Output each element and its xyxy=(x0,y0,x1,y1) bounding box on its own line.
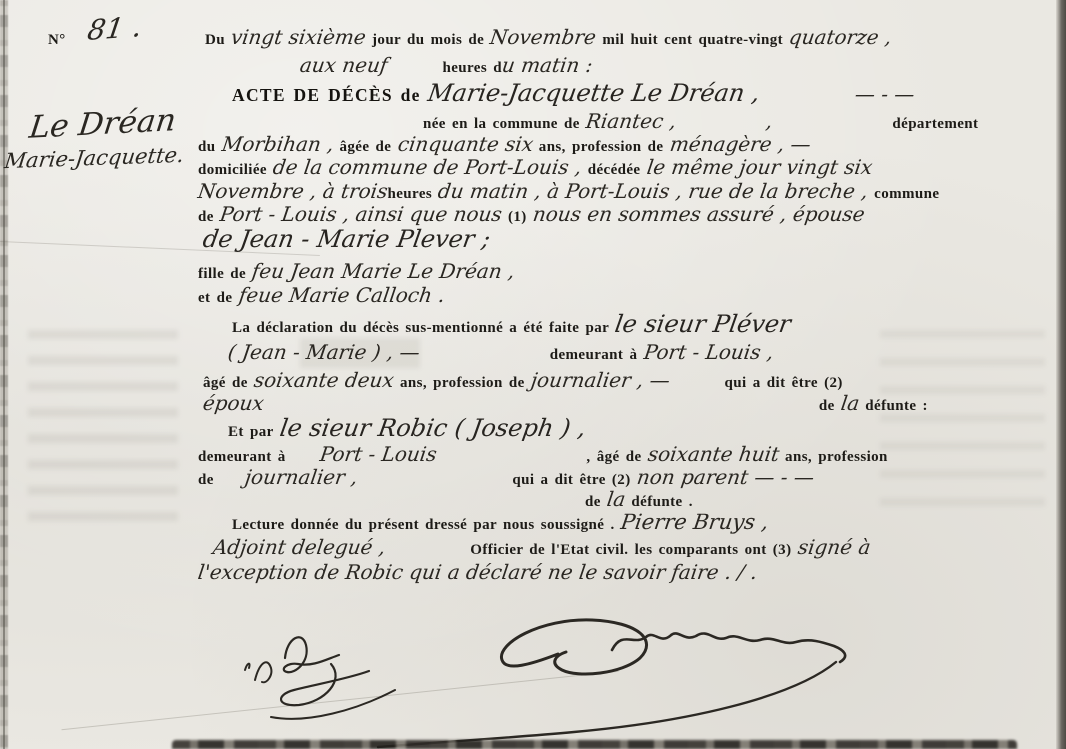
handwritten-text: Port - Louis , ainsi que nous xyxy=(218,203,503,226)
printed-text: et de xyxy=(198,290,239,306)
document-line: La déclaration du décès sus-mentionné a … xyxy=(232,311,791,339)
printed-text: qui a dit être (2) xyxy=(725,375,843,391)
printed-text: de xyxy=(585,494,607,510)
printed-text: mil huit cent quatre-vingt xyxy=(596,32,789,48)
handwritten-text: Port - Louis xyxy=(318,443,438,466)
printed-text: Du xyxy=(205,32,231,48)
printed-text: qui a dit être (2) xyxy=(512,472,636,488)
document-line: fille de feu Jean Marie Le Dréan , xyxy=(198,260,515,283)
printed-text: âgé de xyxy=(203,375,254,391)
document-line: de Port - Louis , ainsi que nous (1) nou… xyxy=(198,203,864,226)
handwritten-text: Adjoint delegué , xyxy=(211,536,386,559)
handwritten-text: soixante deux xyxy=(252,369,395,392)
signature-bruys xyxy=(462,580,1062,749)
handwritten-text: journalier , — xyxy=(529,369,671,392)
printed-text: (1) xyxy=(502,209,533,225)
next-entry-cutoff-text xyxy=(172,740,1017,749)
document-line: demeurant à Port - Louis, âgé de soixant… xyxy=(198,443,888,466)
document-line: Et par le sieur Robic ( Joseph ) , xyxy=(228,415,585,443)
printed-text: ACTE DE DÉCÈS de xyxy=(232,85,428,105)
handwritten-text: ménagère , — xyxy=(668,133,812,156)
printed-text: de xyxy=(198,209,220,225)
document-line: âgé de soixante deux ans, profession de … xyxy=(203,369,843,392)
handwritten-text: Pierre Bruys , xyxy=(619,510,770,534)
document-line: de journalier ,qui a dit être (2) non pa… xyxy=(198,466,814,489)
document-line: Adjoint delegué ,Officier de l'Etat civi… xyxy=(213,536,870,559)
printed-text: domiciliée xyxy=(198,162,273,178)
printed-text: Officier de l'Etat civil. les comparants… xyxy=(470,542,797,558)
document-line: aux neufheures du matin : xyxy=(300,54,593,77)
document-line: et de feue Marie Calloch . xyxy=(198,284,444,307)
document-line: de la défunte . xyxy=(585,488,693,511)
handwritten-text: le sieur Pléver xyxy=(613,311,793,339)
handwritten-text: la xyxy=(839,392,861,415)
handwritten-text: Novembre , à trois xyxy=(196,180,389,203)
printed-text: département xyxy=(892,116,978,132)
handwritten-text: époux xyxy=(201,392,265,415)
printed-text: de xyxy=(819,398,841,414)
printed-text: heures d xyxy=(442,60,502,76)
printed-text: défunte : xyxy=(859,398,928,414)
document-line: Du vingt sixième jour du mois de Novembr… xyxy=(205,26,892,49)
handwritten-text: nous en sommes assuré , épouse xyxy=(531,203,866,226)
handwritten-text: ( Jean - Marie ) , — xyxy=(226,341,421,364)
printed-text: commune xyxy=(868,186,939,202)
printed-text: âgée de xyxy=(333,139,397,155)
document-line: domiciliée de la commune de Port-Louis ,… xyxy=(198,156,872,179)
handwritten-text: de la commune de Port-Louis , xyxy=(272,156,584,179)
printed-text: décédée xyxy=(582,162,647,178)
signature-plever xyxy=(235,618,445,738)
printed-text: Lecture donnée du présent dressé par nou… xyxy=(232,517,621,533)
handwritten-text: feu Jean Marie Le Dréan , xyxy=(251,260,517,283)
handwritten-text: feue Marie Calloch . xyxy=(237,284,446,307)
handwritten-text: Port - Louis , xyxy=(642,341,775,364)
act-number-label: N° xyxy=(48,32,66,49)
printed-text: heures xyxy=(388,186,439,202)
handwritten-text: Morbihan , xyxy=(220,133,335,156)
handwritten-text: Riantec , xyxy=(584,110,677,133)
act-number-value: 81 . xyxy=(85,10,144,47)
document-line: de Jean - Marie Plever ; xyxy=(203,226,490,254)
margin-deceased-given-names: Marie-Jacquette. xyxy=(3,143,185,173)
handwritten-text: le sieur Robic ( Joseph ) , xyxy=(277,415,587,443)
printed-text: ans, profession xyxy=(779,449,888,465)
printed-text: défunte . xyxy=(625,494,693,510)
handwritten-text: journalier , xyxy=(243,466,359,489)
handwritten-text: la xyxy=(605,488,627,511)
handwritten-text: , xyxy=(764,110,774,133)
document-line: née en la commune de Riantec ,,départeme… xyxy=(423,110,978,133)
printed-text: , âgé de xyxy=(586,449,647,465)
handwritten-text: le même jour vingt six xyxy=(645,156,874,179)
printed-text: née en la commune de xyxy=(423,116,586,132)
document-line: Lecture donnée du présent dressé par nou… xyxy=(232,510,768,534)
printed-text: du xyxy=(198,139,222,155)
document-line: du Morbihan , âgée de cinquante six ans,… xyxy=(198,133,810,156)
document-line: ( Jean - Marie ) , —demeurant à Port - L… xyxy=(228,341,773,364)
handwritten-text: soixante huit xyxy=(646,443,780,466)
register-page: N° 81 . Le Dréan Marie-Jacquette. Du vin… xyxy=(0,0,1066,749)
margin-deceased-surname: Le Dréan xyxy=(27,102,178,146)
handwritten-text: — - — xyxy=(853,83,916,106)
handwritten-text: Novembre xyxy=(489,26,598,49)
printed-text: demeurant à xyxy=(198,449,292,465)
printed-text: fille de xyxy=(198,266,252,282)
handwritten-text: vingt sixième xyxy=(230,26,368,49)
handwritten-text: aux neuf xyxy=(298,54,389,77)
printed-text: jour du mois de xyxy=(366,32,490,48)
printed-text: demeurant à xyxy=(550,347,644,363)
handwritten-text: u matin : xyxy=(500,54,594,77)
handwritten-text: cinquante six xyxy=(396,133,534,156)
handwritten-text: non parent — - — xyxy=(635,466,815,489)
printed-text: ans, profession de xyxy=(394,375,531,391)
document-line: épouxde la défunte : xyxy=(203,392,928,415)
document-line: ACTE DE DÉCÈS de Marie-Jacquette Le Dréa… xyxy=(232,80,914,108)
handwritten-text: signé à xyxy=(796,536,872,559)
handwritten-text: du matin , à Port-Louis , rue de la brec… xyxy=(437,180,870,203)
page-left-edge-line xyxy=(3,0,5,749)
printed-text: de xyxy=(198,472,220,488)
printed-text: ans, profession de xyxy=(533,139,670,155)
printed-text: Et par xyxy=(228,424,280,440)
document-line: Novembre , à trois heures du matin , à P… xyxy=(198,180,939,203)
bleedthrough-artifact xyxy=(880,330,1045,525)
bleedthrough-artifact xyxy=(28,330,178,530)
handwritten-text: quatorze , xyxy=(788,26,894,49)
printed-text: La déclaration du décès sus-mentionné a … xyxy=(232,320,615,336)
handwritten-text: Marie-Jacquette Le Dréan , xyxy=(426,80,762,108)
handwritten-text: de Jean - Marie Plever ; xyxy=(201,226,492,254)
